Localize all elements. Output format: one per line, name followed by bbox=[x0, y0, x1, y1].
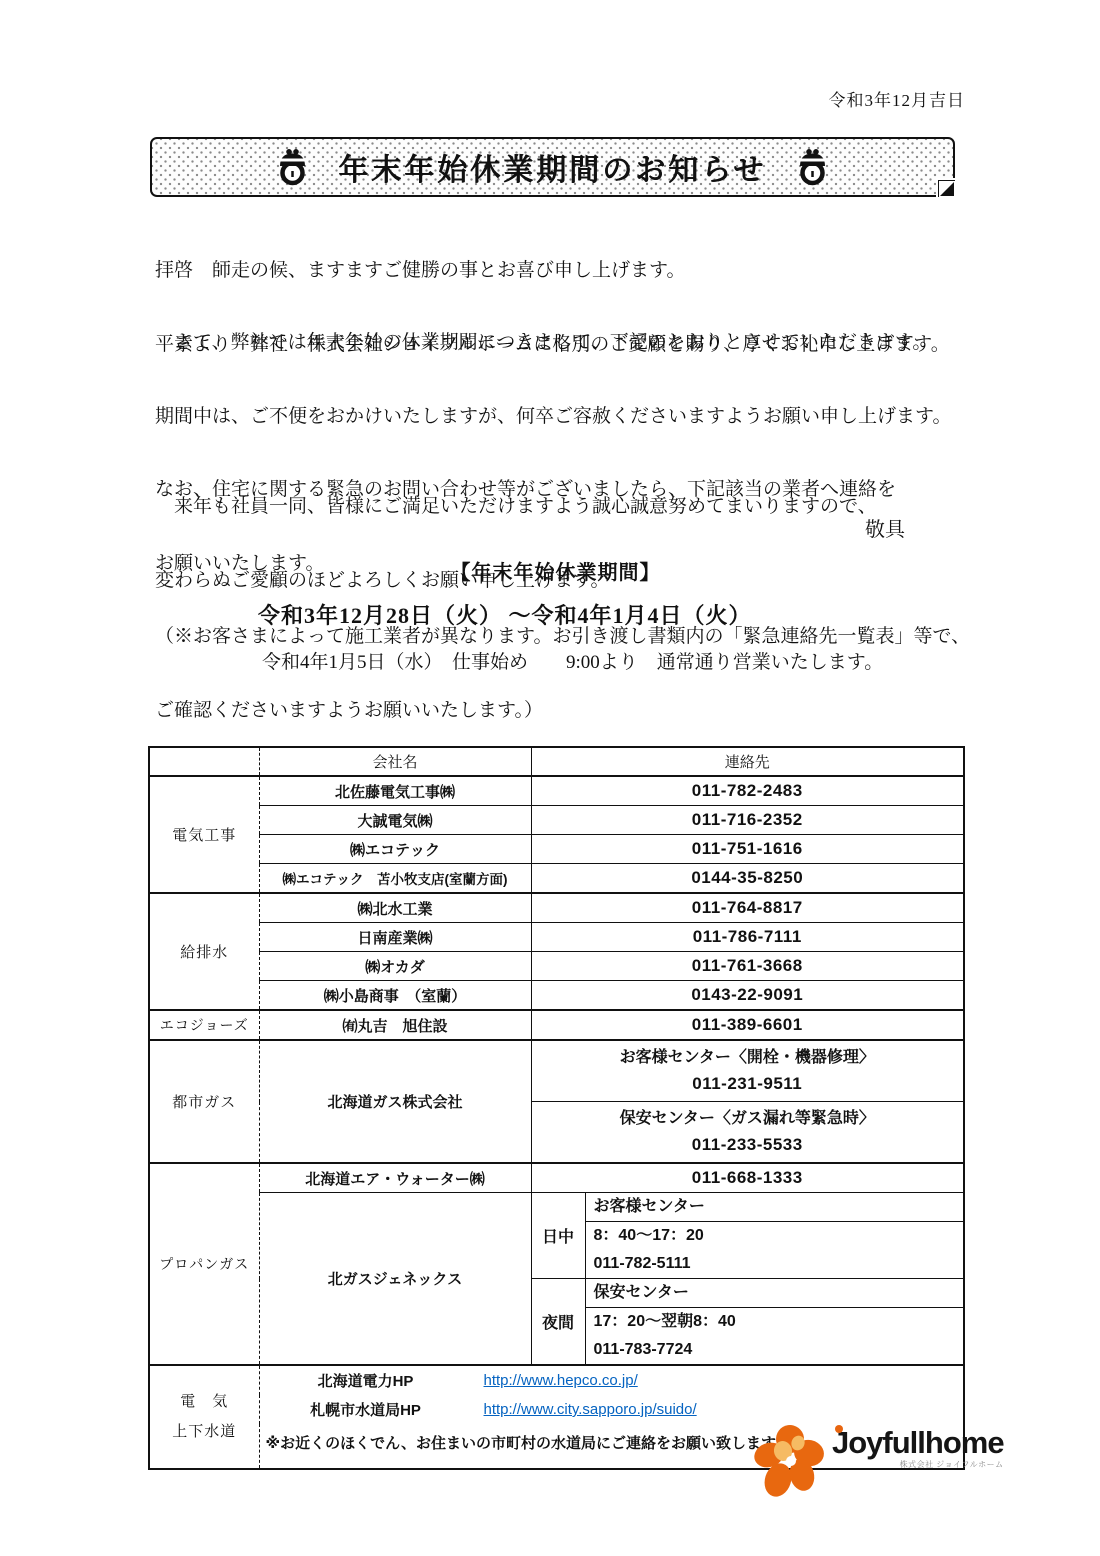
company-logo: Joyfullhome 株式会社 ジョイフルホーム bbox=[750, 1422, 1004, 1504]
phone-cell: 011-764-8817 bbox=[531, 893, 964, 923]
category-cell: プロパンガス bbox=[149, 1163, 259, 1365]
title-banner: 年末年始休業期間のお知らせ bbox=[150, 137, 955, 197]
table-row: 都市ガス 北海道ガス株式会社 お客様センター〈開栓・機器修理〉 011-231-… bbox=[149, 1040, 964, 1102]
daytime-contact-cell: お客様センター 8：40～17：20 011-782-5111 bbox=[585, 1193, 964, 1279]
night-label-cell: 夜間 bbox=[531, 1279, 585, 1366]
logo-text: Joyfullhome 株式会社 ジョイフルホーム bbox=[832, 1428, 1004, 1470]
table-row: プロパンガス 北海道エア・ウォーター㈱ 011-668-1333 bbox=[149, 1163, 964, 1193]
category-header-cell bbox=[149, 747, 259, 776]
holiday-period: 令和3年12月28日（火） ～令和4年1月4日（火） bbox=[258, 599, 752, 630]
contact-header-cell: 連絡先 bbox=[531, 747, 964, 776]
gas-center-name: お客様センター bbox=[586, 1193, 964, 1222]
table-row: 札幌市水道局HP http://www.city.sapporo.jp/suid… bbox=[149, 1395, 964, 1424]
gas-center-name: お客様センター〈開栓・機器修理〉 bbox=[536, 1045, 960, 1071]
phone-cell: 011-668-1333 bbox=[531, 1163, 964, 1193]
sapporo-waterworks-link[interactable]: http://www.city.sapporo.jp/suido/ bbox=[484, 1401, 697, 1418]
company-cell: ㈱北水工業 bbox=[259, 893, 531, 923]
utility-row-cell: 札幌市水道局HP http://www.city.sapporo.jp/suid… bbox=[259, 1395, 964, 1424]
phone-cell: 011-751-1616 bbox=[531, 835, 964, 864]
logo-name: Joyfullhome bbox=[832, 1428, 1004, 1458]
category-cell: 給排水 bbox=[149, 893, 259, 1010]
category-line: 電 気 bbox=[154, 1387, 255, 1417]
text-line: 拝啓 師走の候、ますますご健勝の事とお喜び申し上げます。 bbox=[155, 259, 950, 284]
table-row: 電気工事 北佐藤電気工事㈱ 011-782-2483 bbox=[149, 776, 964, 806]
table-row: 大誠電気㈱ 011-716-2352 bbox=[149, 806, 964, 835]
table-row: ㈱エコテック 011-751-1616 bbox=[149, 835, 964, 864]
category-cell: 電気工事 bbox=[149, 776, 259, 893]
company-cell: ㈱エコテック 苫小牧支店(室蘭方面) bbox=[259, 864, 531, 894]
company-cell: 日南産業㈱ bbox=[259, 923, 531, 952]
flower-icon bbox=[750, 1422, 828, 1504]
emergency-contact-table: 会社名 連絡先 電気工事 北佐藤電気工事㈱ 011-782-2483 大誠電気㈱… bbox=[148, 746, 965, 1470]
phone-cell: 011-716-2352 bbox=[531, 806, 964, 835]
business-resume-line: 令和4年1月5日（水） 仕事始め 9:00より 通常通り営業いたします。 bbox=[262, 647, 883, 674]
utility-row-cell: 北海道電力HP http://www.hepco.co.jp/ bbox=[259, 1365, 964, 1395]
closing-word: 敬具 bbox=[148, 513, 963, 542]
phone-number: 011-783-7724 bbox=[586, 1336, 964, 1364]
text-line: 期間中は、ご不便をおかけいたしますが、何卒ご容赦くださいますようお願い申し上げま… bbox=[155, 405, 970, 430]
company-cell: 北佐藤電気工事㈱ bbox=[259, 776, 531, 806]
page-title: 年末年始休業期間のお知らせ bbox=[338, 145, 766, 189]
bell-icon bbox=[277, 149, 308, 186]
document-page: 令和3年12月吉日 年末年始休業期間のお知らせ bbox=[0, 0, 1100, 1556]
company-cell: 大誠電気㈱ bbox=[259, 806, 531, 835]
banner-fold-corner bbox=[936, 178, 955, 197]
phone-cell: 0143-22-9091 bbox=[531, 981, 964, 1011]
company-name: 札幌市水道局HP bbox=[266, 1399, 466, 1420]
text-line: ご確認くださいますようお願いいたします。） bbox=[155, 699, 970, 724]
company-cell: ㈱エコテック bbox=[259, 835, 531, 864]
table-row: 電 気 上下水道 北海道電力HP http://www.hepco.co.jp/ bbox=[149, 1365, 964, 1395]
category-cell: エコジョーズ bbox=[149, 1010, 259, 1040]
table-row: 日南産業㈱ 011-786-7111 bbox=[149, 923, 964, 952]
table-row: 北ガスジェネックス 日中 お客様センター 8：40～17：20 011-782-… bbox=[149, 1193, 964, 1279]
company-header-cell: 会社名 bbox=[259, 747, 531, 776]
company-name: 北海道電力HP bbox=[266, 1370, 466, 1391]
gas-contact-cell: 保安センター〈ガス漏れ等緊急時〉 011-233-5533 bbox=[531, 1102, 964, 1164]
daytime-label-cell: 日中 bbox=[531, 1193, 585, 1279]
night-contact-cell: 保安センター 17：20～翌朝8：40 011-783-7724 bbox=[585, 1279, 964, 1366]
company-cell: ㈱小島商事 （室蘭） bbox=[259, 981, 531, 1011]
table-header-row: 会社名 連絡先 bbox=[149, 747, 964, 776]
company-cell: 北海道エア・ウォーター㈱ bbox=[259, 1163, 531, 1193]
company-cell: ㈱オカダ bbox=[259, 952, 531, 981]
table-row: エコジョーズ ㈲丸吉 旭住設 011-389-6601 bbox=[149, 1010, 964, 1040]
logo-subtitle: 株式会社 ジョイフルホーム bbox=[832, 1459, 1004, 1470]
phone-number: 011-233-5533 bbox=[536, 1132, 960, 1158]
table-row: ㈱エコテック 苫小牧支店(室蘭方面) 0144-35-8250 bbox=[149, 864, 964, 894]
service-hours: 8：40～17：20 bbox=[586, 1222, 964, 1250]
phone-cell: 011-761-3668 bbox=[531, 952, 964, 981]
bell-icon bbox=[797, 149, 828, 186]
category-line: 上下水道 bbox=[154, 1417, 255, 1447]
gas-contact-cell: お客様センター〈開栓・機器修理〉 011-231-9511 bbox=[531, 1040, 964, 1102]
company-cell: 北海道ガス株式会社 bbox=[259, 1040, 531, 1163]
document-date: 令和3年12月吉日 bbox=[829, 86, 966, 111]
phone-cell: 0144-35-8250 bbox=[531, 864, 964, 894]
gas-center-name: 保安センター〈ガス漏れ等緊急時〉 bbox=[536, 1106, 960, 1132]
gas-center-name: 保安センター bbox=[586, 1279, 964, 1308]
logo-j-dot-icon bbox=[835, 1425, 843, 1433]
company-cell: 北ガスジェネックス bbox=[259, 1193, 531, 1366]
hepco-link[interactable]: http://www.hepco.co.jp/ bbox=[484, 1372, 638, 1389]
phone-cell: 011-389-6601 bbox=[531, 1010, 964, 1040]
category-cell: 都市ガス bbox=[149, 1040, 259, 1163]
text-line: さて、弊社では年末年始の休業期間につきまして、下記のとおりとさせていただきます。 bbox=[155, 331, 970, 356]
phone-number: 011-782-5111 bbox=[586, 1250, 964, 1278]
service-hours: 17：20～翌朝8：40 bbox=[586, 1308, 964, 1336]
phone-cell: 011-782-2483 bbox=[531, 776, 964, 806]
company-cell: ㈲丸吉 旭住設 bbox=[259, 1010, 531, 1040]
holiday-section-heading: 【年末年始休業期間】 bbox=[148, 556, 963, 585]
category-cell: 電 気 上下水道 bbox=[149, 1365, 259, 1469]
phone-number: 011-231-9511 bbox=[536, 1071, 960, 1097]
table-row: 給排水 ㈱北水工業 011-764-8817 bbox=[149, 893, 964, 923]
table-row: ㈱小島商事 （室蘭） 0143-22-9091 bbox=[149, 981, 964, 1011]
phone-cell: 011-786-7111 bbox=[531, 923, 964, 952]
table-row: ㈱オカダ 011-761-3668 bbox=[149, 952, 964, 981]
